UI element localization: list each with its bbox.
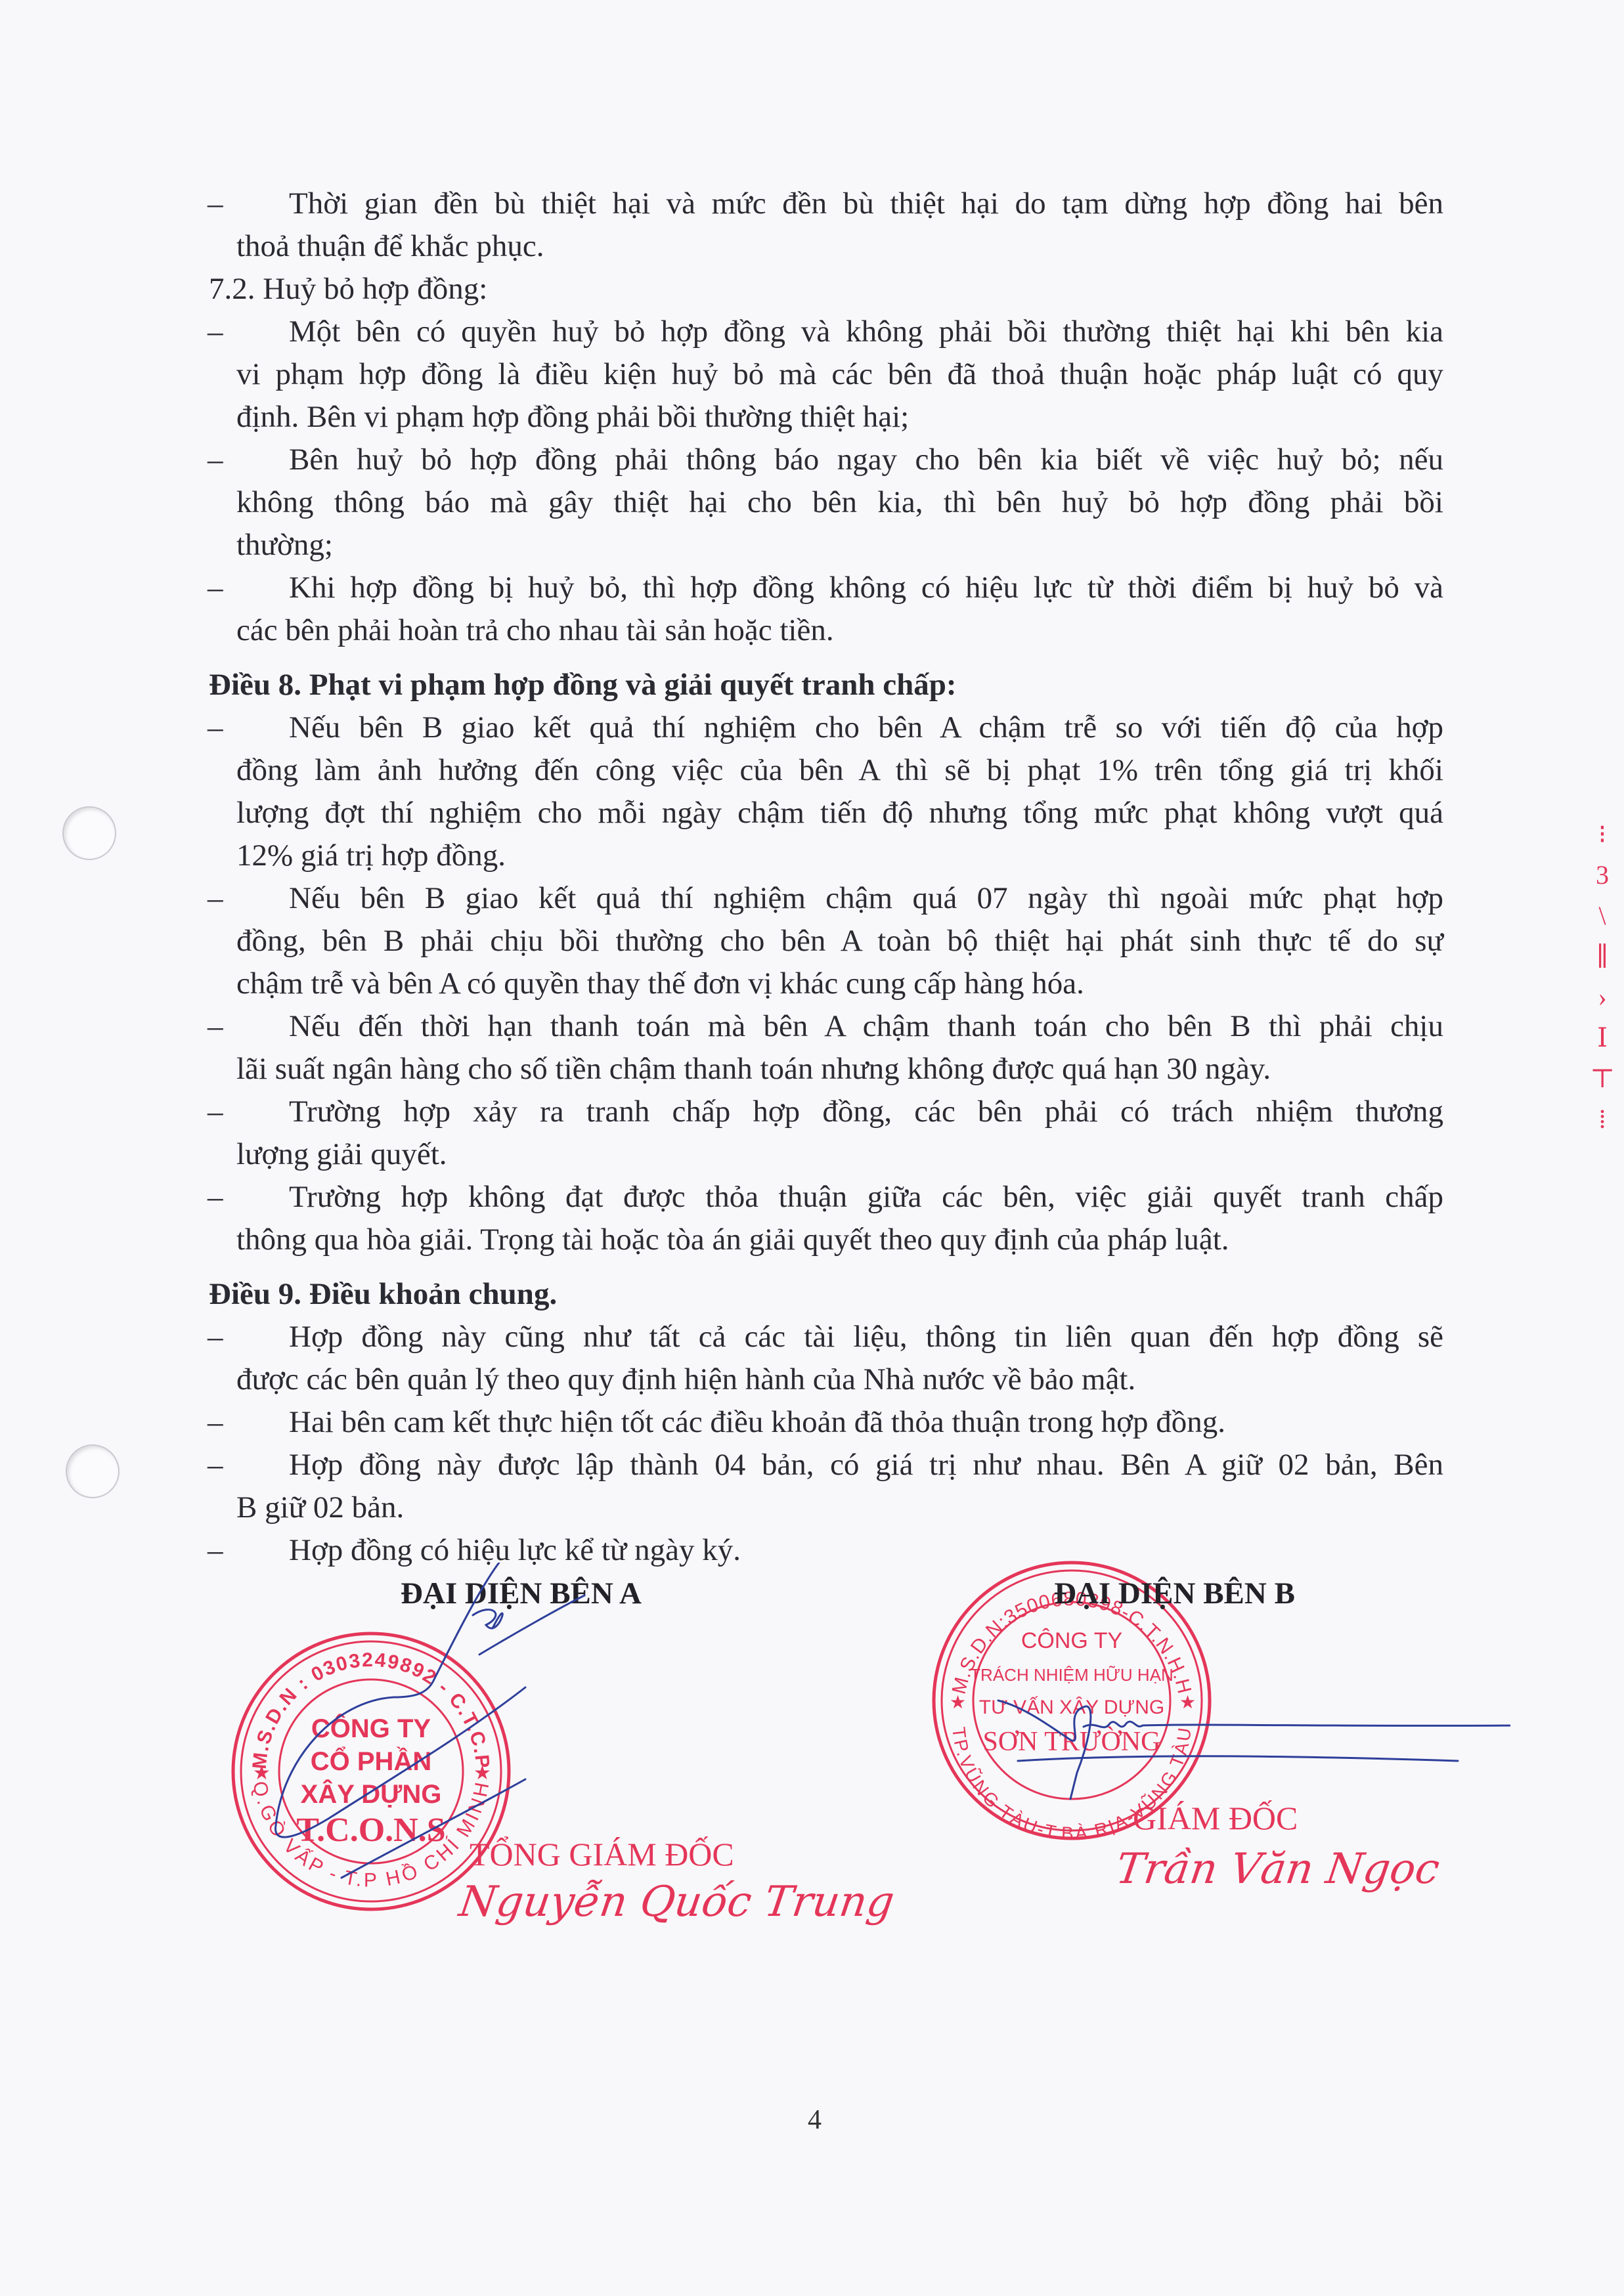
clause-item: – Nếu bên B giao kết quả thí nghiệm cho … xyxy=(209,706,1443,877)
party-a-title: ĐẠI DIỆN BÊN A xyxy=(401,1576,642,1611)
section-heading-7-2: 7.2. Huỷ bỏ hợp đồng: xyxy=(209,268,1443,311)
svg-text:★: ★ xyxy=(253,1762,271,1785)
bullet-dash: – xyxy=(208,1091,223,1133)
clause-item: – Bên huỷ bỏ hợp đồng phải thông báo nga… xyxy=(209,439,1443,567)
party-b-title: ĐẠI DIỆN BÊN B xyxy=(1054,1576,1295,1611)
article-9-heading: Điều 9. Điều khoản chung. xyxy=(209,1273,1443,1316)
svg-text:XÂY DỰNG: XÂY DỰNG xyxy=(301,1779,442,1809)
bullet-dash: – xyxy=(208,439,223,481)
clause-item: – Hợp đồng này cũng như tất cả các tài l… xyxy=(209,1316,1443,1401)
bullet-dash: – xyxy=(208,183,223,225)
party-b-signer-name: Trần Văn Ngọc xyxy=(1113,1845,1443,1894)
bullet-dash: – xyxy=(208,311,223,353)
party-a-role: TỔNG GIÁM ĐỐC xyxy=(470,1835,734,1873)
clause-item: – Nếu bên B giao kết quả thí nghiệm chậm… xyxy=(209,877,1443,1005)
clause-item: – Trường hợp không đạt được thỏa thuận g… xyxy=(209,1176,1443,1261)
bullet-dash: – xyxy=(208,1316,223,1358)
svg-text:CÔNG TY: CÔNG TY xyxy=(1021,1628,1122,1653)
clause-item: – Hai bên cam kết thực hiện tốt các điều… xyxy=(209,1401,1443,1444)
article-8-heading: Điều 8. Phạt vi phạm hợp đồng và giải qu… xyxy=(209,664,1443,706)
clause-item: – Hợp đồng này được lập thành 04 bản, có… xyxy=(209,1444,1443,1529)
clause-item: – Một bên có quyền huỷ bỏ hợp đồng và kh… xyxy=(209,311,1443,439)
punch-hole-bottom xyxy=(66,1444,120,1498)
bullet-dash: – xyxy=(208,1005,223,1048)
svg-text:CỔ PHẦN: CỔ PHẦN xyxy=(311,1745,431,1776)
svg-text:★: ★ xyxy=(1179,1691,1196,1713)
svg-text:CÔNG TY: CÔNG TY xyxy=(311,1713,431,1743)
margin-seal-fragments: ⁝3\∥›Ⅰ⊤⁞ xyxy=(1589,814,1615,1140)
clause-item: – Nếu đến thời hạn thanh toán mà bên A c… xyxy=(209,1005,1443,1091)
page-number: 4 xyxy=(808,2104,822,2136)
svg-text:TƯ VẤN XÂY DỰNG: TƯ VẤN XÂY DỰNG xyxy=(979,1696,1164,1718)
party-a-signer-name: Nguyễn Quốc Trung xyxy=(456,1878,897,1926)
clause-item: – Hợp đồng có hiệu lực kể từ ngày ký. xyxy=(209,1529,1443,1572)
svg-text:SƠN TRƯỜNG: SƠN TRƯỜNG xyxy=(982,1726,1160,1757)
document-page: – Thời gian đền bù thiệt hại và mức đền … xyxy=(0,0,1624,2296)
clause-item: – Trường hợp xảy ra tranh chấp hợp đồng,… xyxy=(209,1091,1443,1176)
bullet-dash: – xyxy=(208,1176,223,1219)
svg-text:T.C.O.N.S: T.C.O.N.S xyxy=(296,1811,445,1849)
bullet-dash: – xyxy=(208,1401,223,1444)
punch-hole-top xyxy=(62,806,116,860)
bullet-dash: – xyxy=(208,1444,223,1486)
clause-item: – Khi hợp đồng bị huỷ bỏ, thì hợp đồng k… xyxy=(209,567,1443,652)
bullet-dash: – xyxy=(208,1529,223,1572)
bullet-dash: – xyxy=(208,706,223,749)
clause-item: – Thời gian đền bù thiệt hại và mức đền … xyxy=(209,183,1443,268)
svg-text:★: ★ xyxy=(473,1762,491,1785)
bullet-dash: – xyxy=(208,877,223,920)
contract-body: – Thời gian đền bù thiệt hại và mức đền … xyxy=(209,183,1443,1572)
bullet-dash: – xyxy=(208,567,223,609)
svg-text:TRÁCH NHIỆM HỮU HẠN: TRÁCH NHIỆM HỮU HẠN xyxy=(970,1665,1174,1685)
party-b-role: GIÁM ĐỐC xyxy=(1133,1799,1298,1837)
svg-text:★: ★ xyxy=(950,1691,966,1713)
